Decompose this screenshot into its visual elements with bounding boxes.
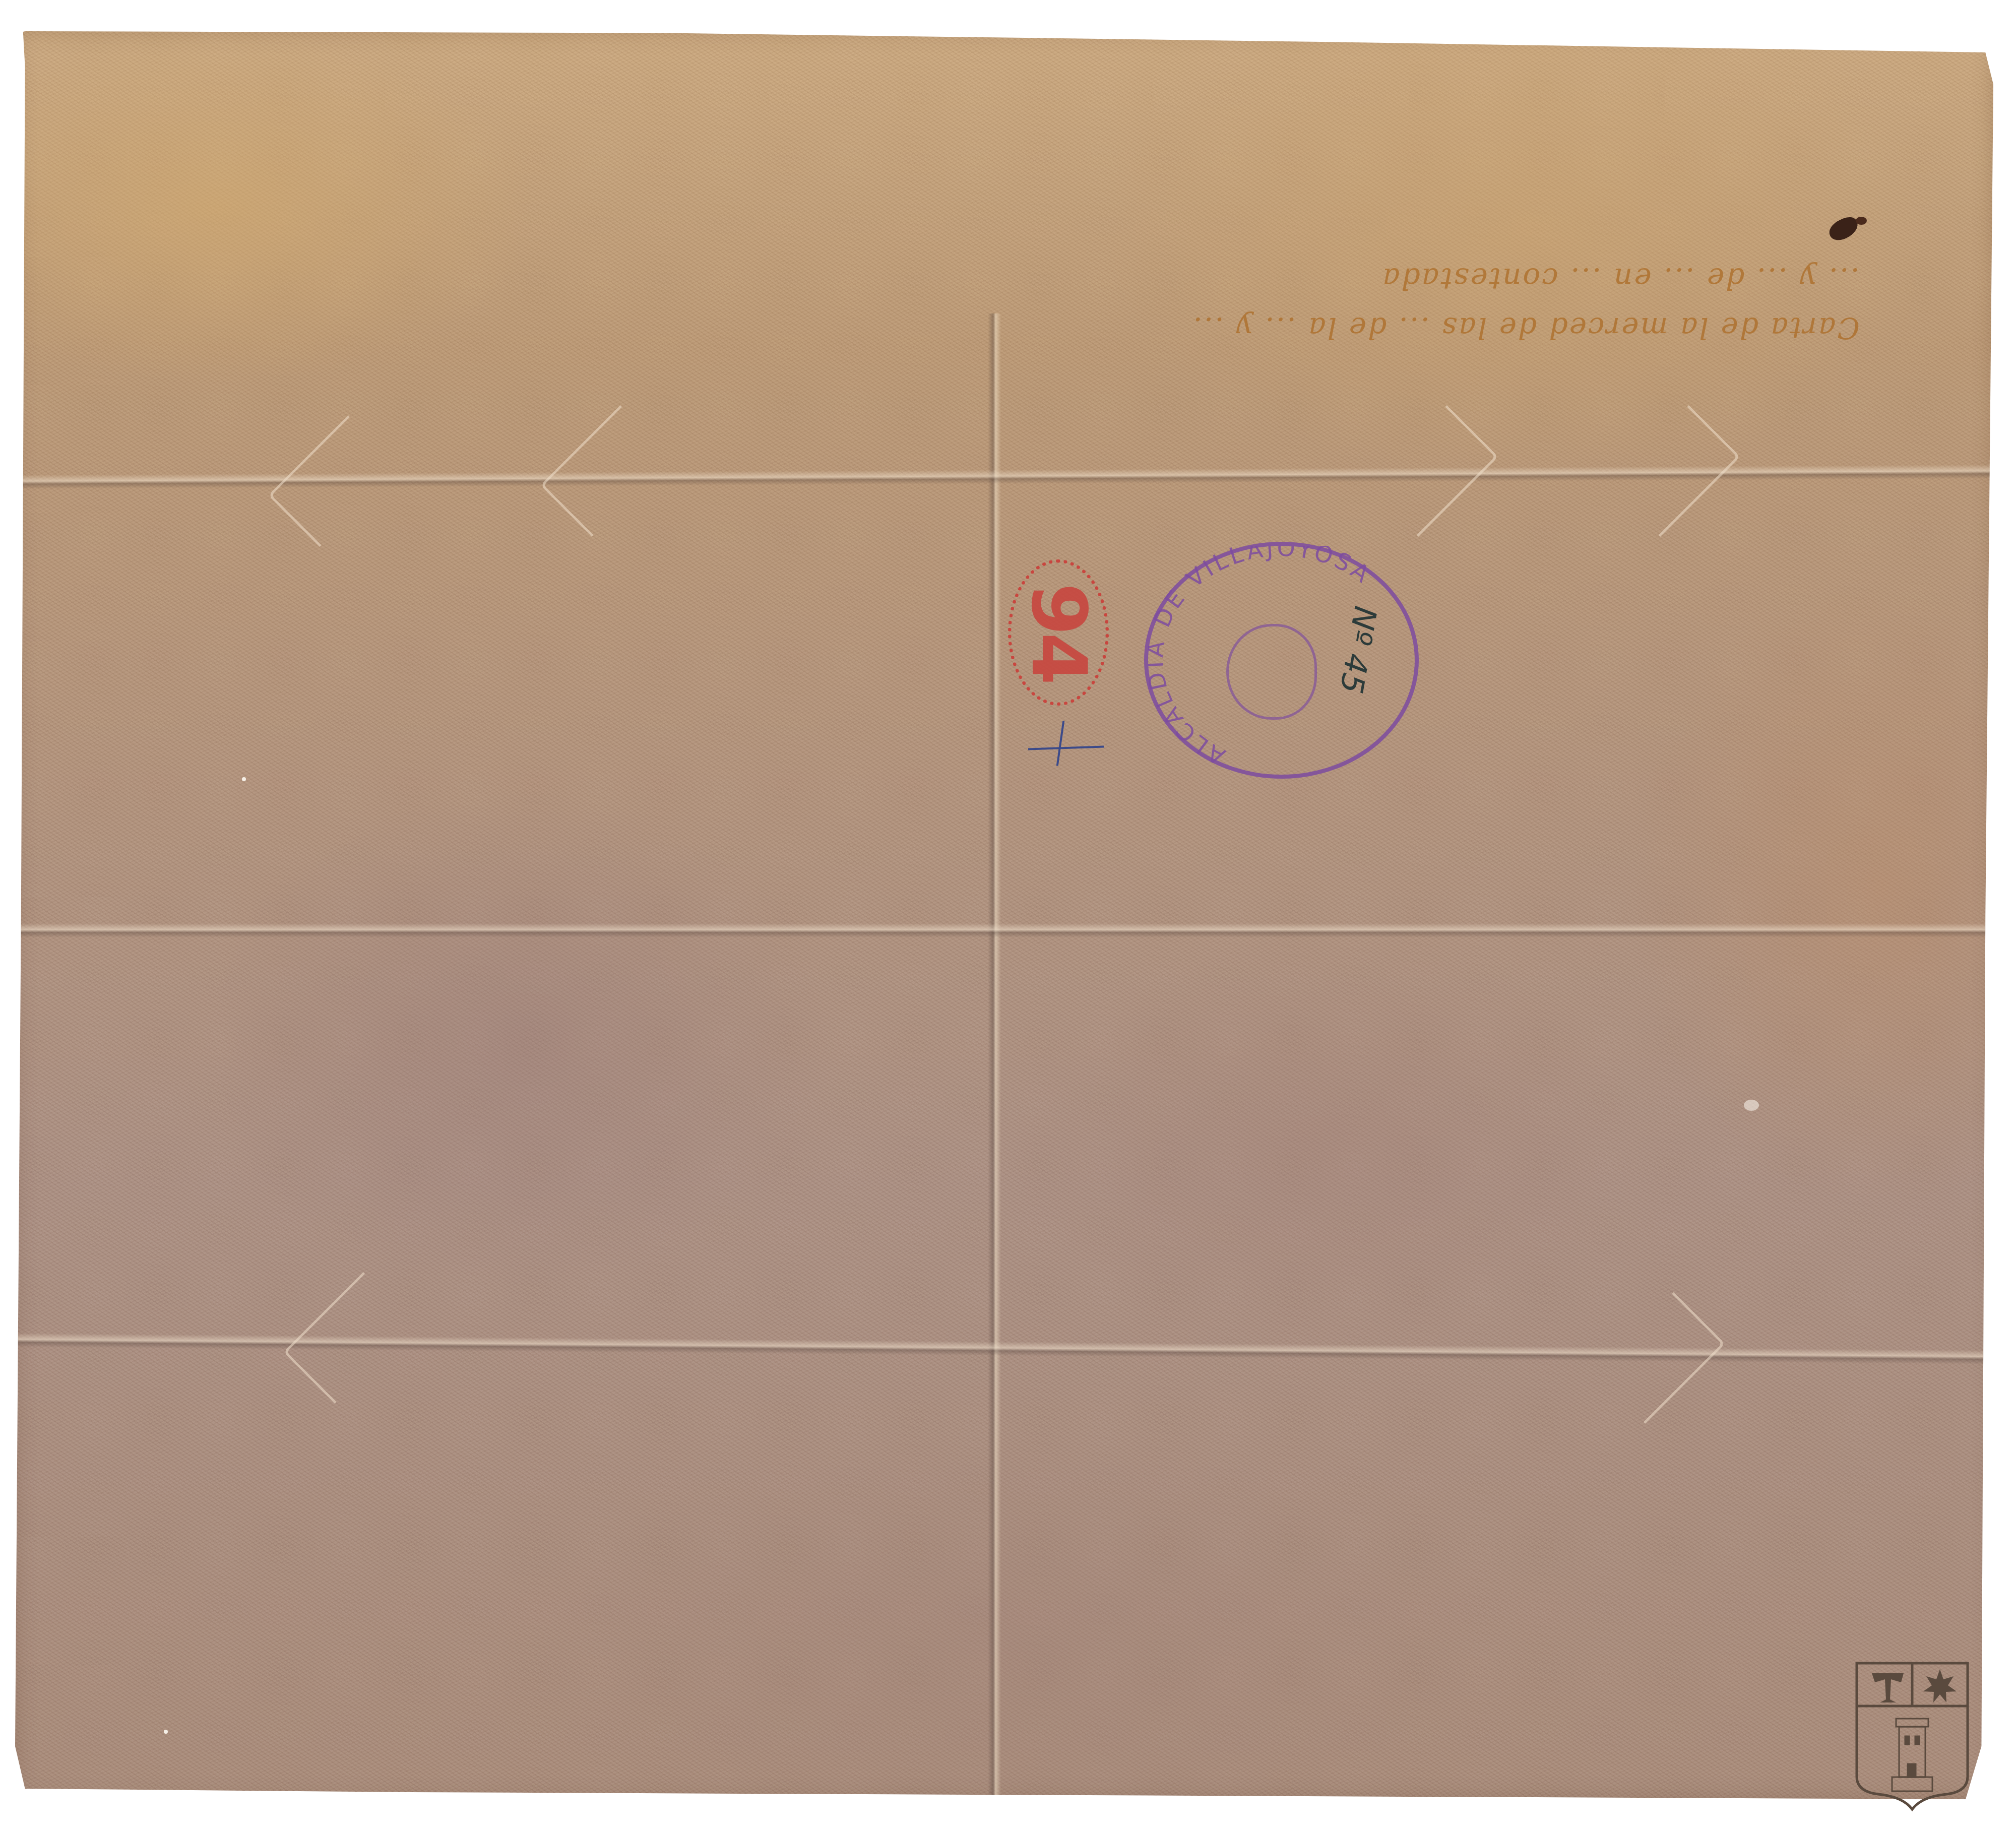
parchment-speck: [1744, 1100, 1759, 1111]
fold-chevron: [1594, 1292, 1726, 1424]
pencil-cross-mark: [1028, 721, 1104, 766]
vertical-fold-crease: [988, 313, 1001, 1795]
seal-crest-icon: [1226, 624, 1317, 720]
coat-of-arms-icon: [1851, 1658, 1974, 1814]
ink-blot: [1856, 217, 1867, 225]
fold-chevron: [268, 415, 400, 547]
tau-icon: [1872, 1673, 1904, 1702]
seven-point-star-icon: [1923, 1669, 1957, 1702]
fold-chevron: [1367, 405, 1499, 537]
endorsement-line: ... y ... de ... en ... contestada: [1094, 254, 1860, 303]
parchment-speck: [242, 777, 246, 781]
endorsement-line: Carta de la merced de las ... de la ... …: [1094, 303, 1860, 353]
horizontal-fold-crease-middle: [15, 923, 1993, 937]
fold-chevron: [540, 405, 672, 537]
archive-number: 94: [1015, 583, 1102, 682]
municipal-seal-stamp: ALCALDIA DE VILLAJOYOSA Nº 45: [1144, 542, 1419, 779]
fold-chevron: [1609, 405, 1741, 537]
archive-number-stamp: 94: [1008, 559, 1109, 706]
tower-icon: [1892, 1719, 1932, 1791]
coat-of-arms-watermark: [1851, 1658, 1974, 1814]
endorsement-text: Carta de la merced de las ... de la ... …: [1094, 252, 1860, 353]
parchment-speck: [164, 1730, 168, 1734]
fold-chevron: [283, 1272, 415, 1404]
